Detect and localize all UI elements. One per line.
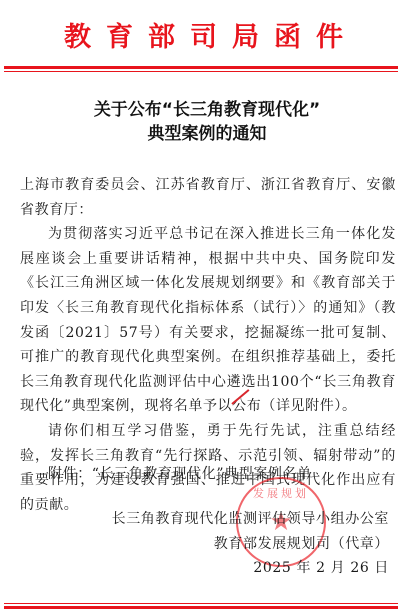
attachment-reference: 附件：“长三角教育现代化”典型案例名单 bbox=[48, 462, 312, 486]
issuer-department: 教育部发展规划司（代章） bbox=[112, 532, 389, 557]
issue-date: 2025 年 2 月 26 日 bbox=[112, 556, 389, 581]
letterhead-title: 教育部司局函件 bbox=[0, 22, 414, 54]
header-divider bbox=[4, 66, 398, 72]
paragraph-background: 为贯彻落实习近平总书记在深入推进长三角一体化发展座谈会上重要讲话精神，根据中共中… bbox=[20, 222, 396, 419]
notice-title: 关于公布“长三角教育现代化” 典型案例的通知 bbox=[0, 98, 414, 146]
issuer-office: 长三角教育现代化监测评估领导小组办公室 bbox=[112, 507, 389, 532]
footer-divider bbox=[4, 603, 398, 609]
signature-block: 长三角教育现代化监测评估领导小组办公室 教育部发展规划司（代章） 2025 年 … bbox=[112, 507, 389, 581]
notice-title-line1: 关于公布“长三角教育现代化” bbox=[0, 98, 414, 122]
header-divider-thin bbox=[4, 71, 398, 72]
salutation: 上海市教育委员会、江苏省教育厅、浙江省教育厅、安徽省教育厅： bbox=[20, 173, 396, 222]
notice-title-line2: 典型案例的通知 bbox=[0, 122, 414, 146]
footer-divider-thick bbox=[4, 606, 398, 609]
